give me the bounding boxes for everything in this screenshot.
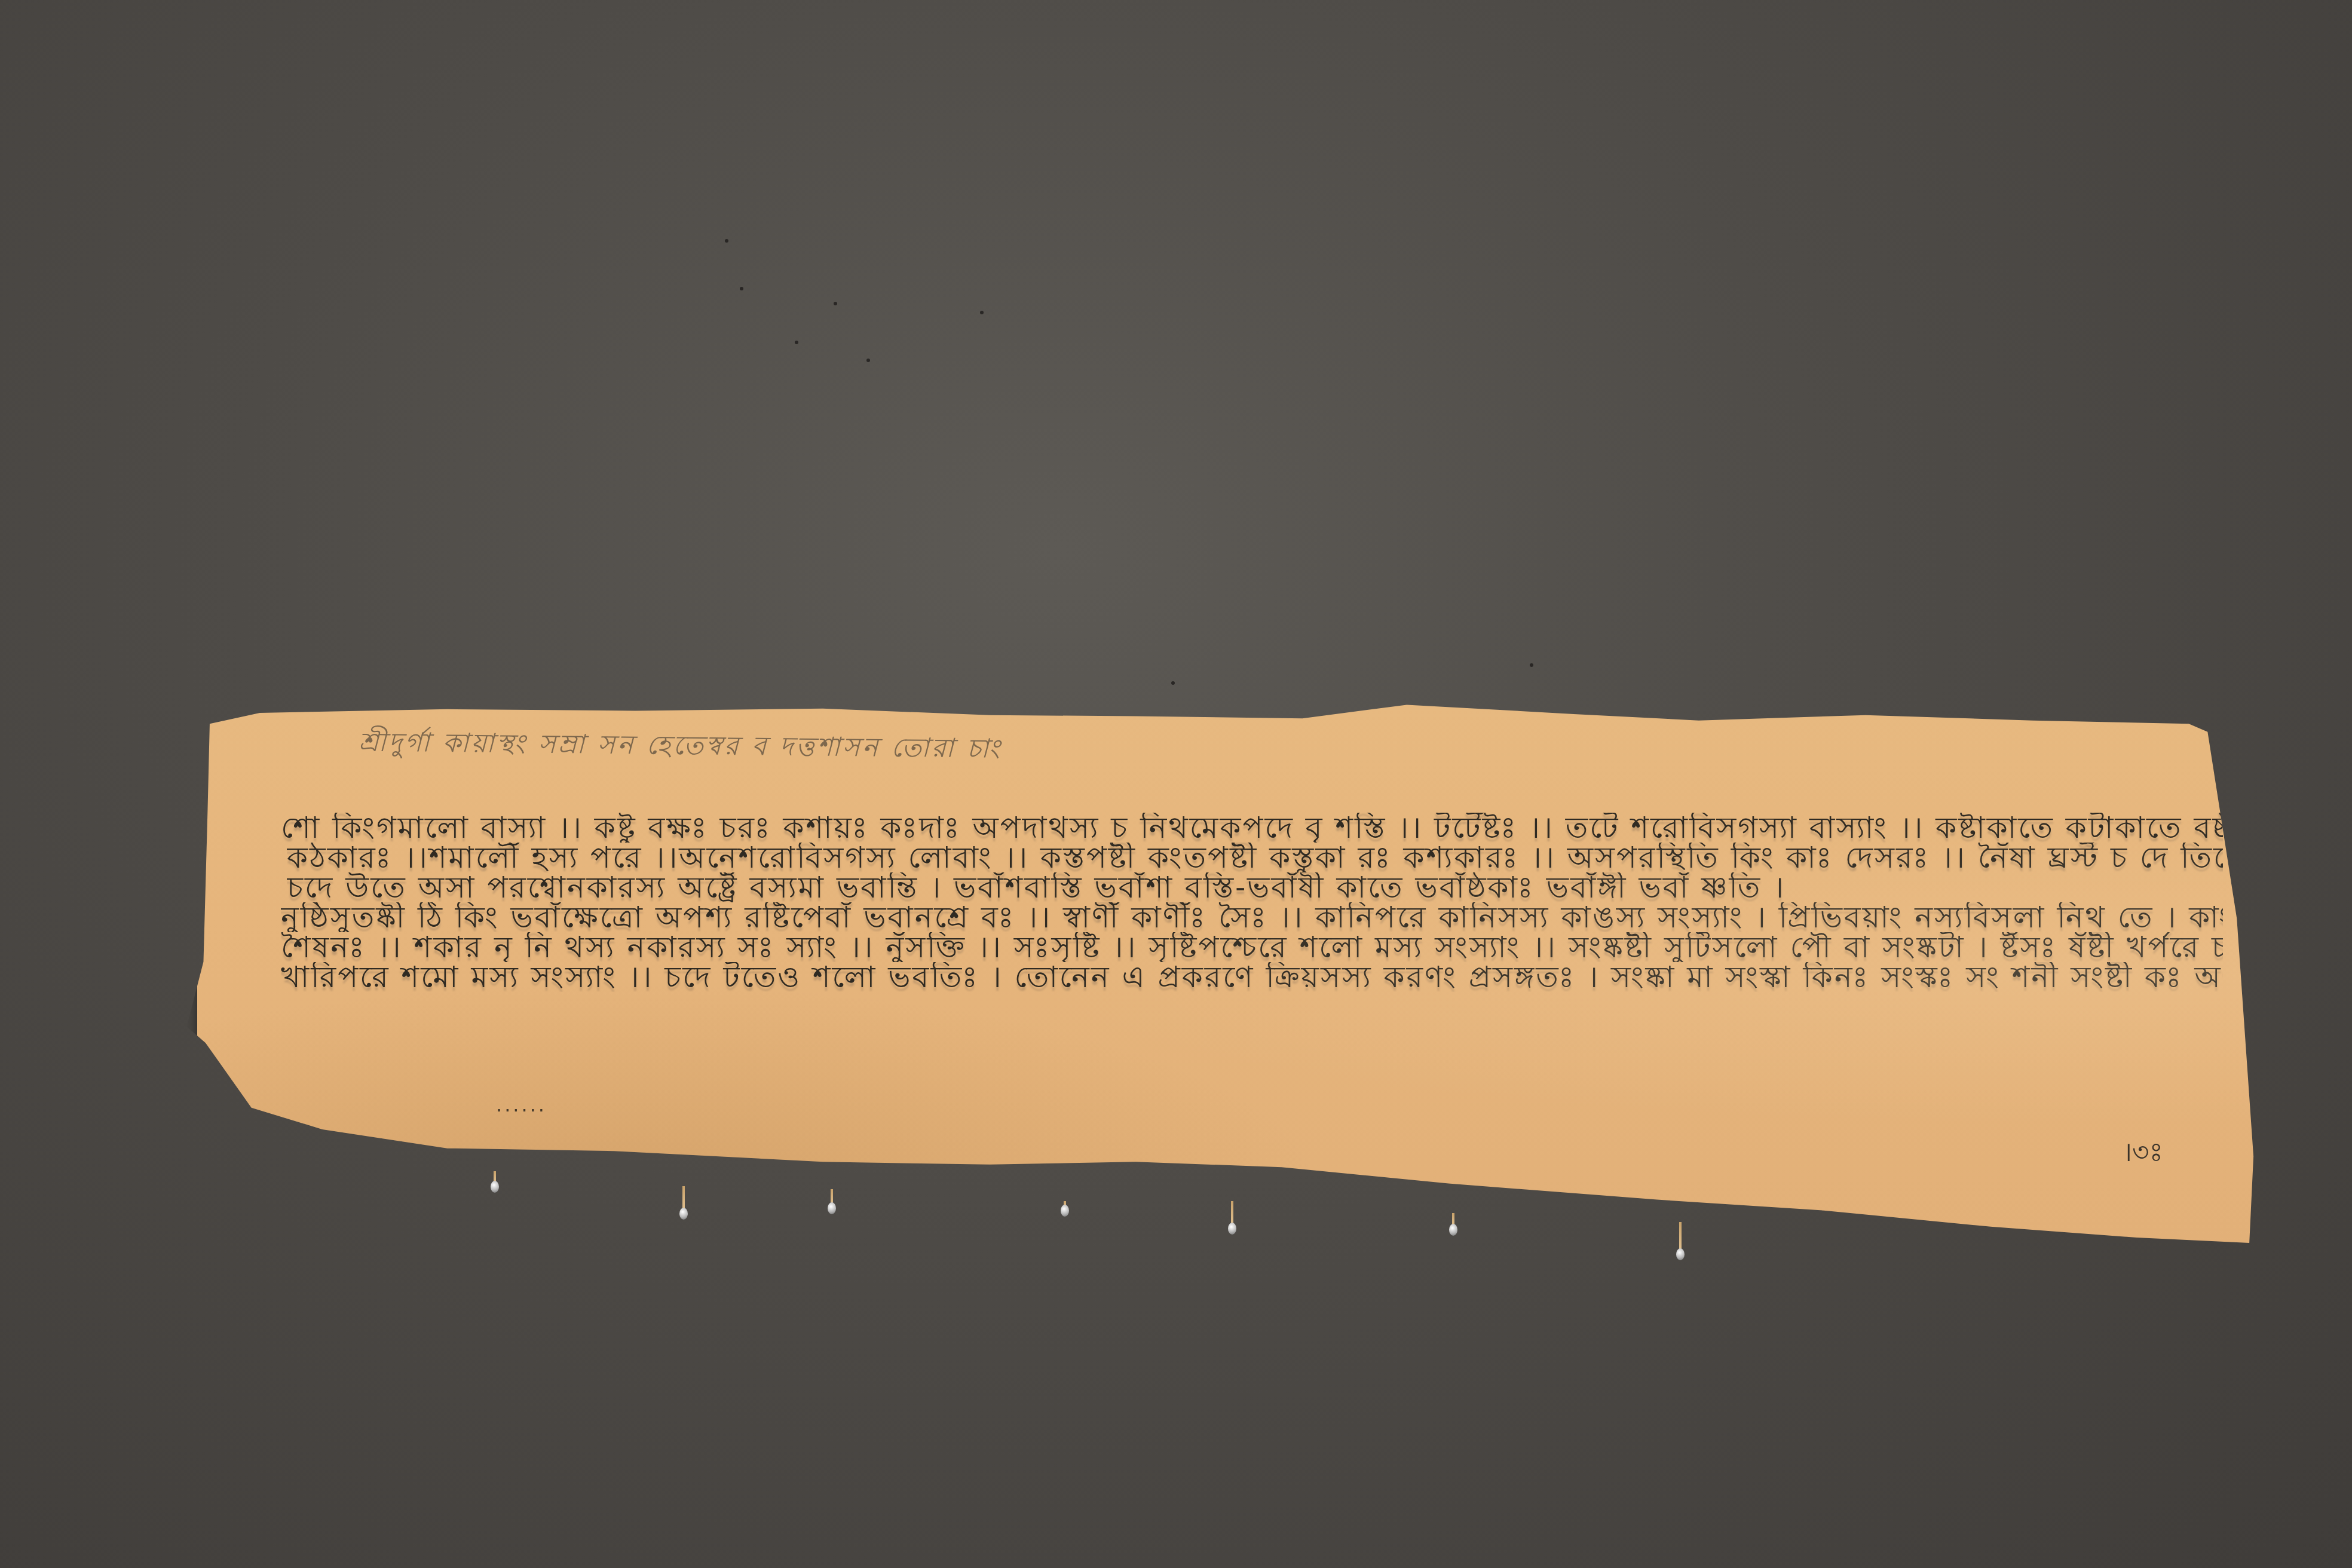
manuscript-line: চদে উতে অসা পরশ্বোনকারস্য অষ্ট্রেঁ বস্যম… bbox=[287, 872, 2223, 902]
pin-icon bbox=[682, 1186, 685, 1210]
manuscript-line: শো কিংগমালো বাস্যা ।। কষ্টু বক্ষঃ চরঃ কশ… bbox=[281, 813, 2223, 843]
manuscript-line: খারিপরে শমো মস্য সংস্যাং ।। চদে টতেও শলো… bbox=[281, 962, 2223, 992]
board-speck bbox=[1171, 681, 1175, 685]
board-speck bbox=[1530, 663, 1533, 667]
folio-number: ।৩ঃ bbox=[2123, 1132, 2163, 1176]
manuscript-line: কঠকারঃ ।।শমালৌঁ হস্য পরে ।।অনেশরোবিসগস্য… bbox=[287, 843, 2223, 872]
board-speck bbox=[795, 341, 798, 344]
manuscript-folio: শ্রীদুর্গা কায়াস্থং সম্রা সন হেতেস্বর ব… bbox=[197, 702, 2283, 1243]
board-speck bbox=[740, 287, 743, 290]
manuscript-text-block: শো কিংগমালো বাস্যা ।। কষ্টু বক্ষঃ চরঃ কশ… bbox=[281, 813, 2223, 992]
manuscript-line: নুষ্ঠিসুতষ্কী ঠি কিং ভবাঁক্ষেত্রো অপশ্য … bbox=[281, 902, 2223, 932]
pin-icon bbox=[1064, 1201, 1066, 1207]
board-speck bbox=[980, 311, 984, 314]
board-speck bbox=[725, 239, 728, 243]
pin-icon bbox=[1231, 1201, 1233, 1225]
bottom-marks: ...... bbox=[496, 1094, 547, 1116]
pin-icon bbox=[831, 1189, 833, 1205]
pin-icon bbox=[1679, 1222, 1682, 1251]
pin-icon bbox=[1452, 1213, 1454, 1226]
board-speck bbox=[866, 359, 870, 362]
margin-note: শ্রীদুর্গা কায়াস্থং সম্রা সন হেতেস্বর ব… bbox=[359, 722, 1674, 779]
board-speck bbox=[834, 302, 837, 305]
manuscript-line: শৈষনঃ ।। শকার নৃ নি থস্য নকারস্য সঃ স্যা… bbox=[281, 932, 2223, 962]
pin-icon bbox=[494, 1171, 496, 1183]
